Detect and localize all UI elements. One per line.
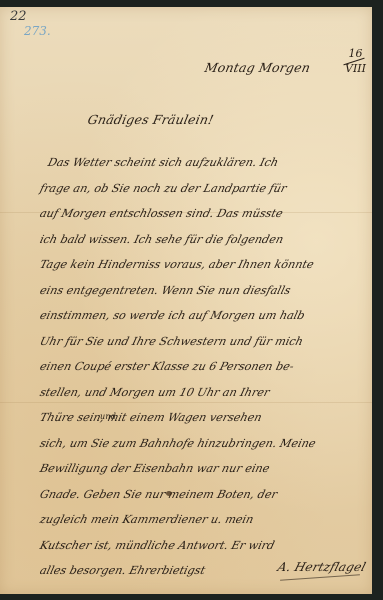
body-line: einen Coupé erster Klasse zu 6 Personen … xyxy=(37,354,373,380)
signature: A. Hertzflagel xyxy=(276,560,368,574)
scanned-letter: 22 273. Montag Morgen 16 VIII Gnädiges F… xyxy=(0,0,383,600)
dateline: Montag Morgen xyxy=(203,60,311,75)
letter-body: Das Wetter scheint sich aufzuklären. Ich… xyxy=(40,150,370,584)
body-line: frage an, ob Sie noch zu der Landpartie … xyxy=(37,176,373,202)
body-line: eins entgegentreten. Wenn Sie nun diesfa… xyxy=(37,278,373,304)
body-line: Uhr für Sie und Ihre Schwestern und für … xyxy=(37,329,373,355)
salutation: Gnädiges Fräulein! xyxy=(86,112,215,127)
body-line: Thüre sein, mit einem Wagen versehen xyxy=(37,405,373,431)
body-line: Tage kein Hinderniss voraus, aber Ihnen … xyxy=(37,252,373,278)
archive-number-blue: 273. xyxy=(24,25,51,37)
body-line: auf Morgen entschlossen sind. Das müsste xyxy=(37,201,373,227)
body-line: Gnade. Geben Sie nur meinem Boten, der xyxy=(37,482,373,508)
body-line: stellen, und Morgen um 10 Uhr an Ihrer xyxy=(37,380,373,406)
body-line: ich bald wissen. Ich sehe für die folgen… xyxy=(37,227,373,253)
date-month: VIII xyxy=(345,63,366,74)
body-line: Kutscher ist, mündliche Antwort. Er wird xyxy=(37,533,373,559)
body-line: zugleich mein Kammerdiener u. mein xyxy=(37,507,373,533)
body-line: sich, um Sie zum Bahnhofe hinzubringen. … xyxy=(37,431,373,457)
date-fraction: 16 VIII xyxy=(345,48,366,74)
body-line: einstimmen, so werde ich auf Morgen um h… xyxy=(37,303,373,329)
ink-blot xyxy=(166,491,172,496)
archive-number-ink: 22 xyxy=(10,10,27,23)
body-line: Bewilligung der Eisenbahn war nur eine xyxy=(37,456,373,482)
interlinear-insert: und xyxy=(100,412,116,421)
body-line: Das Wetter scheint sich aufzuklären. Ich xyxy=(37,150,373,176)
